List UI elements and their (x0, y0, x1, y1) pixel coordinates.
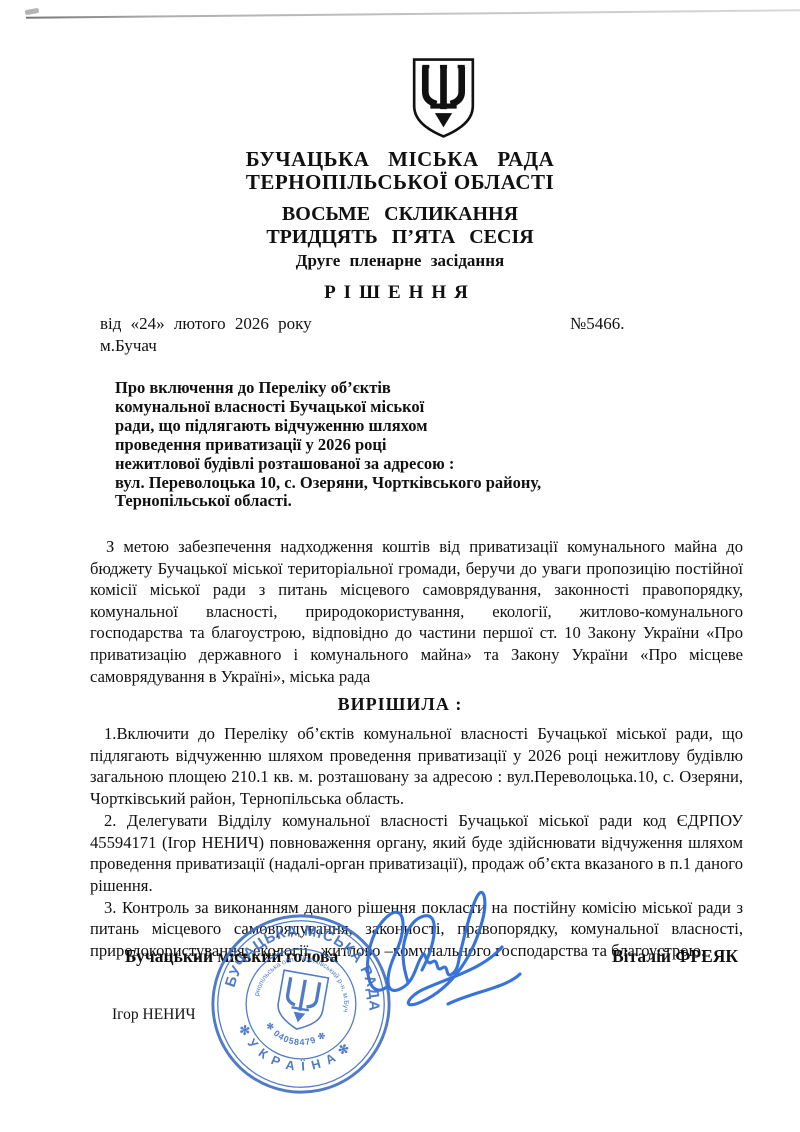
subject-line: Тернопільської області. (115, 492, 635, 511)
decision-place: м.Бучач (100, 336, 157, 356)
scan-corner-smudge (25, 8, 40, 15)
subject-line: Про включення до Переліку об’єктів (115, 379, 635, 398)
clerk-name: Ігор НЕНИЧ (112, 1006, 196, 1024)
session-line: ТРИДЦЯТЬ П’ЯТА СЕСІЯ (0, 226, 800, 249)
svg-text:✻ 04058479 ✻: ✻ 04058479 ✻ (261, 1019, 329, 1052)
document-type-title: РІШЕННЯ (0, 282, 800, 304)
preamble-paragraph: З метою забезпечення надходження коштів … (90, 536, 743, 687)
scanned-document-page: БУЧАЦЬКА МІСЬКА РАДА ТЕРНОПІЛЬСЬКОЇ ОБЛА… (0, 0, 800, 1132)
stamp-trident-icon (274, 970, 328, 1033)
council-title: БУЧАЦЬКА МІСЬКА РАДА (0, 147, 800, 172)
resolution-item-1: 1.Включити до Переліку об’єктів комуналь… (90, 723, 743, 810)
trident-emblem-icon (399, 55, 488, 143)
subject-block: Про включення до Переліку об’єктів комун… (115, 379, 635, 511)
subject-line: комунальної власності Бучацької міської (115, 398, 635, 417)
stamp-inner-bottom-text: ✻ 04058479 ✻ (261, 1019, 329, 1052)
subject-line: ради, що підлягають відчуженню шляхом (115, 417, 635, 436)
decision-date: від «24» лютого 2026 року (100, 314, 312, 334)
resolution-item-2: 2. Делегувати Відділу комунальної власно… (90, 810, 743, 897)
subject-line: вул. Переволоцька 10, с. Озеряни, Чорткі… (115, 474, 635, 493)
scan-edge-artifact (26, 9, 800, 18)
subject-line: нежитлової будівлі розташованої за адрес… (115, 455, 635, 474)
meeting-line: Друге пленарне засідання (0, 251, 800, 271)
decision-number: №5466. (570, 314, 624, 334)
resolution-heading: ВИРІШИЛА : (0, 694, 800, 715)
signatory-name: Віталій ФРЕЯК (612, 946, 738, 967)
subject-line: проведення приватизації у 2026 році (115, 436, 635, 455)
region-title: ТЕРНОПІЛЬСЬКОЇ ОБЛАСТІ (0, 170, 800, 195)
convocation-line: ВОСЬМЕ СКЛИКАННЯ (0, 203, 800, 226)
round-official-stamp-icon: БУЧАЦЬКА МІСЬКА РАДА ✻ У К Р А Ї Н А ✻ Т… (208, 911, 394, 1097)
